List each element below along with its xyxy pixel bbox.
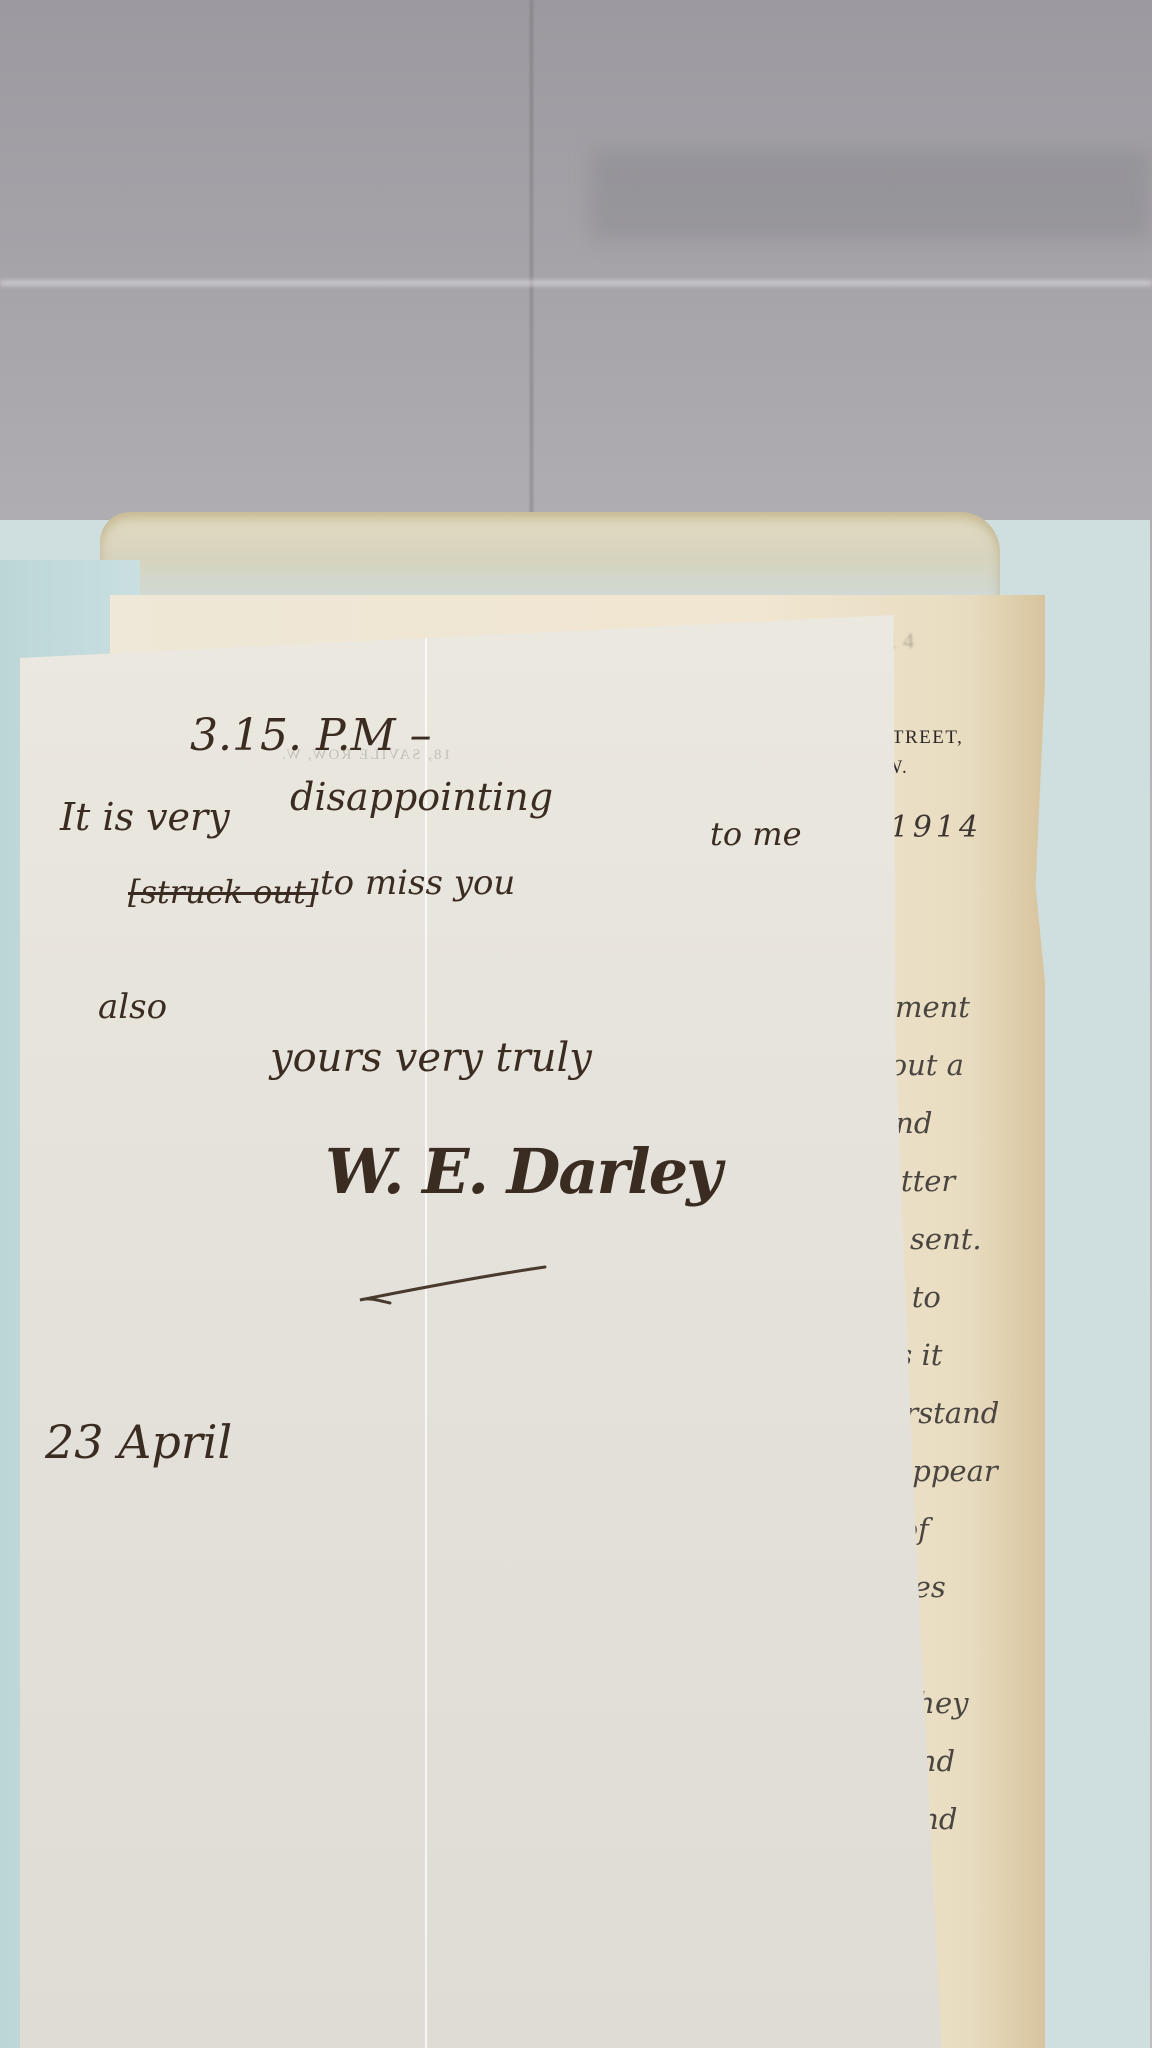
note-line-1-mid: disappointing (290, 775, 553, 819)
signature-flourish-icon (350, 1265, 550, 1305)
note-time: 3.15. P.M – (190, 710, 432, 761)
note-line-1-end: to me (710, 815, 802, 853)
struck-out-word: [struck out] (128, 873, 318, 911)
envelope-flap (100, 512, 1000, 602)
backdrop-shadow (590, 150, 1152, 240)
note-also: also (98, 987, 167, 1027)
signature: W. E. Darley (325, 1135, 720, 1208)
note-closing: yours very truly (270, 1035, 592, 1081)
note-date: 23 April (45, 1415, 232, 1469)
paper-crease (425, 615, 427, 2048)
backdrop-fold-horizontal (0, 280, 1152, 286)
note-line-1-start: It is very (60, 795, 230, 839)
note-line-2: to miss you (320, 863, 515, 903)
front-note: 18, SAVILE ROW, W. 3.15. P.M – It is ver… (20, 615, 980, 2048)
